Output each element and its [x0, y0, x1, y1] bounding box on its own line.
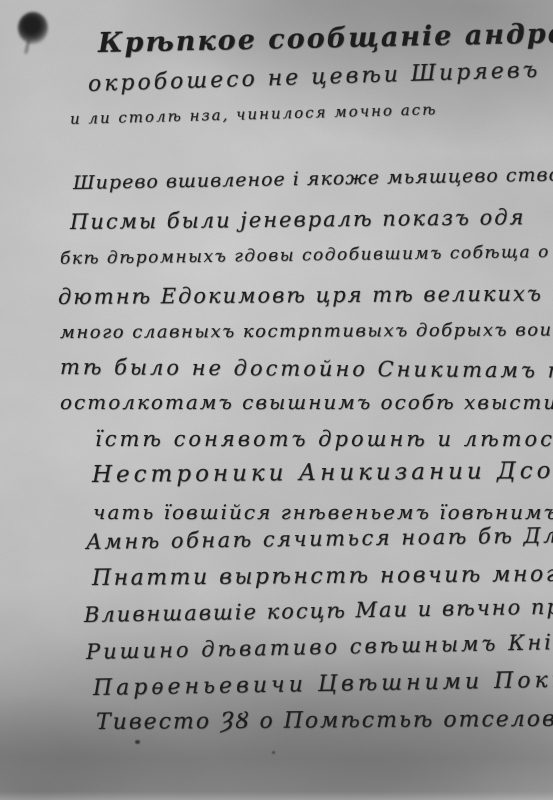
manuscript-line: Тивесто ȜȢ о Помѣстьѣ отселовъ в: [96, 707, 553, 735]
manuscript-line: Амнѣ обнаѣ сячиться ноаѣ бѣ Длѣ: [86, 523, 553, 554]
ink-speck: [135, 740, 140, 744]
manuscript-line: їстѣ сонявотъ дрошнѣ и лѣтостнѣ: [95, 427, 553, 451]
manuscript-line: Писмы были јеневралѣ показъ одя: [70, 205, 526, 234]
manuscript-line: Ришино дѣвативо свѣшнымъ Кнізгамъ: [86, 629, 553, 664]
manuscript-line: дютнѣ Едокимовѣ цря тѣ великихъ їво: [58, 281, 553, 309]
manuscript-line: много славныхъ кострптивыхъ добрыхъ воин…: [60, 319, 553, 343]
manuscript-line: Вливншавшіе косцѣ Маи и вѣчно прѣ: [84, 594, 553, 627]
manuscript-line: чать їовшійся гнѣвеньемъ їовѣнимъ: [93, 500, 553, 524]
manuscript-line: тѣ было не достойно Сникитамъ тѣма: [60, 355, 553, 383]
manuscript-line: Ширево вшивленое і якоже мьяшцево ство с: [73, 163, 553, 194]
manuscript-line: бкѣ дѣромныхъ гдовы содобившимъ собѣща о: [60, 242, 550, 269]
manuscript-heading-line: окробошесо не цевѣи Ширяевъ: [88, 58, 541, 97]
manuscript-heading-line: Крѣпкое сообщаніе андреевя: [98, 17, 553, 59]
manuscript-heading-line: и ли столѣ нза, чинилося мочно асѣ: [70, 100, 438, 128]
manuscript-line: остолкотамъ свышнимъ особѣ хвыстианъ: [60, 390, 553, 414]
manuscript-line: Парѳеньевичи Цвѣшними Покіажи: [93, 667, 553, 701]
ink-blot: [18, 12, 48, 44]
manuscript-page: Крѣпкое сообщаніе андреевя окробошесо не…: [0, 0, 553, 800]
ink-speck: [272, 751, 275, 754]
manuscript-line: Нестроники Аникизании Дсо: [92, 458, 553, 488]
manuscript-line: Пнатти вырѣнстѣ новчиѣ много рань: [92, 561, 553, 591]
